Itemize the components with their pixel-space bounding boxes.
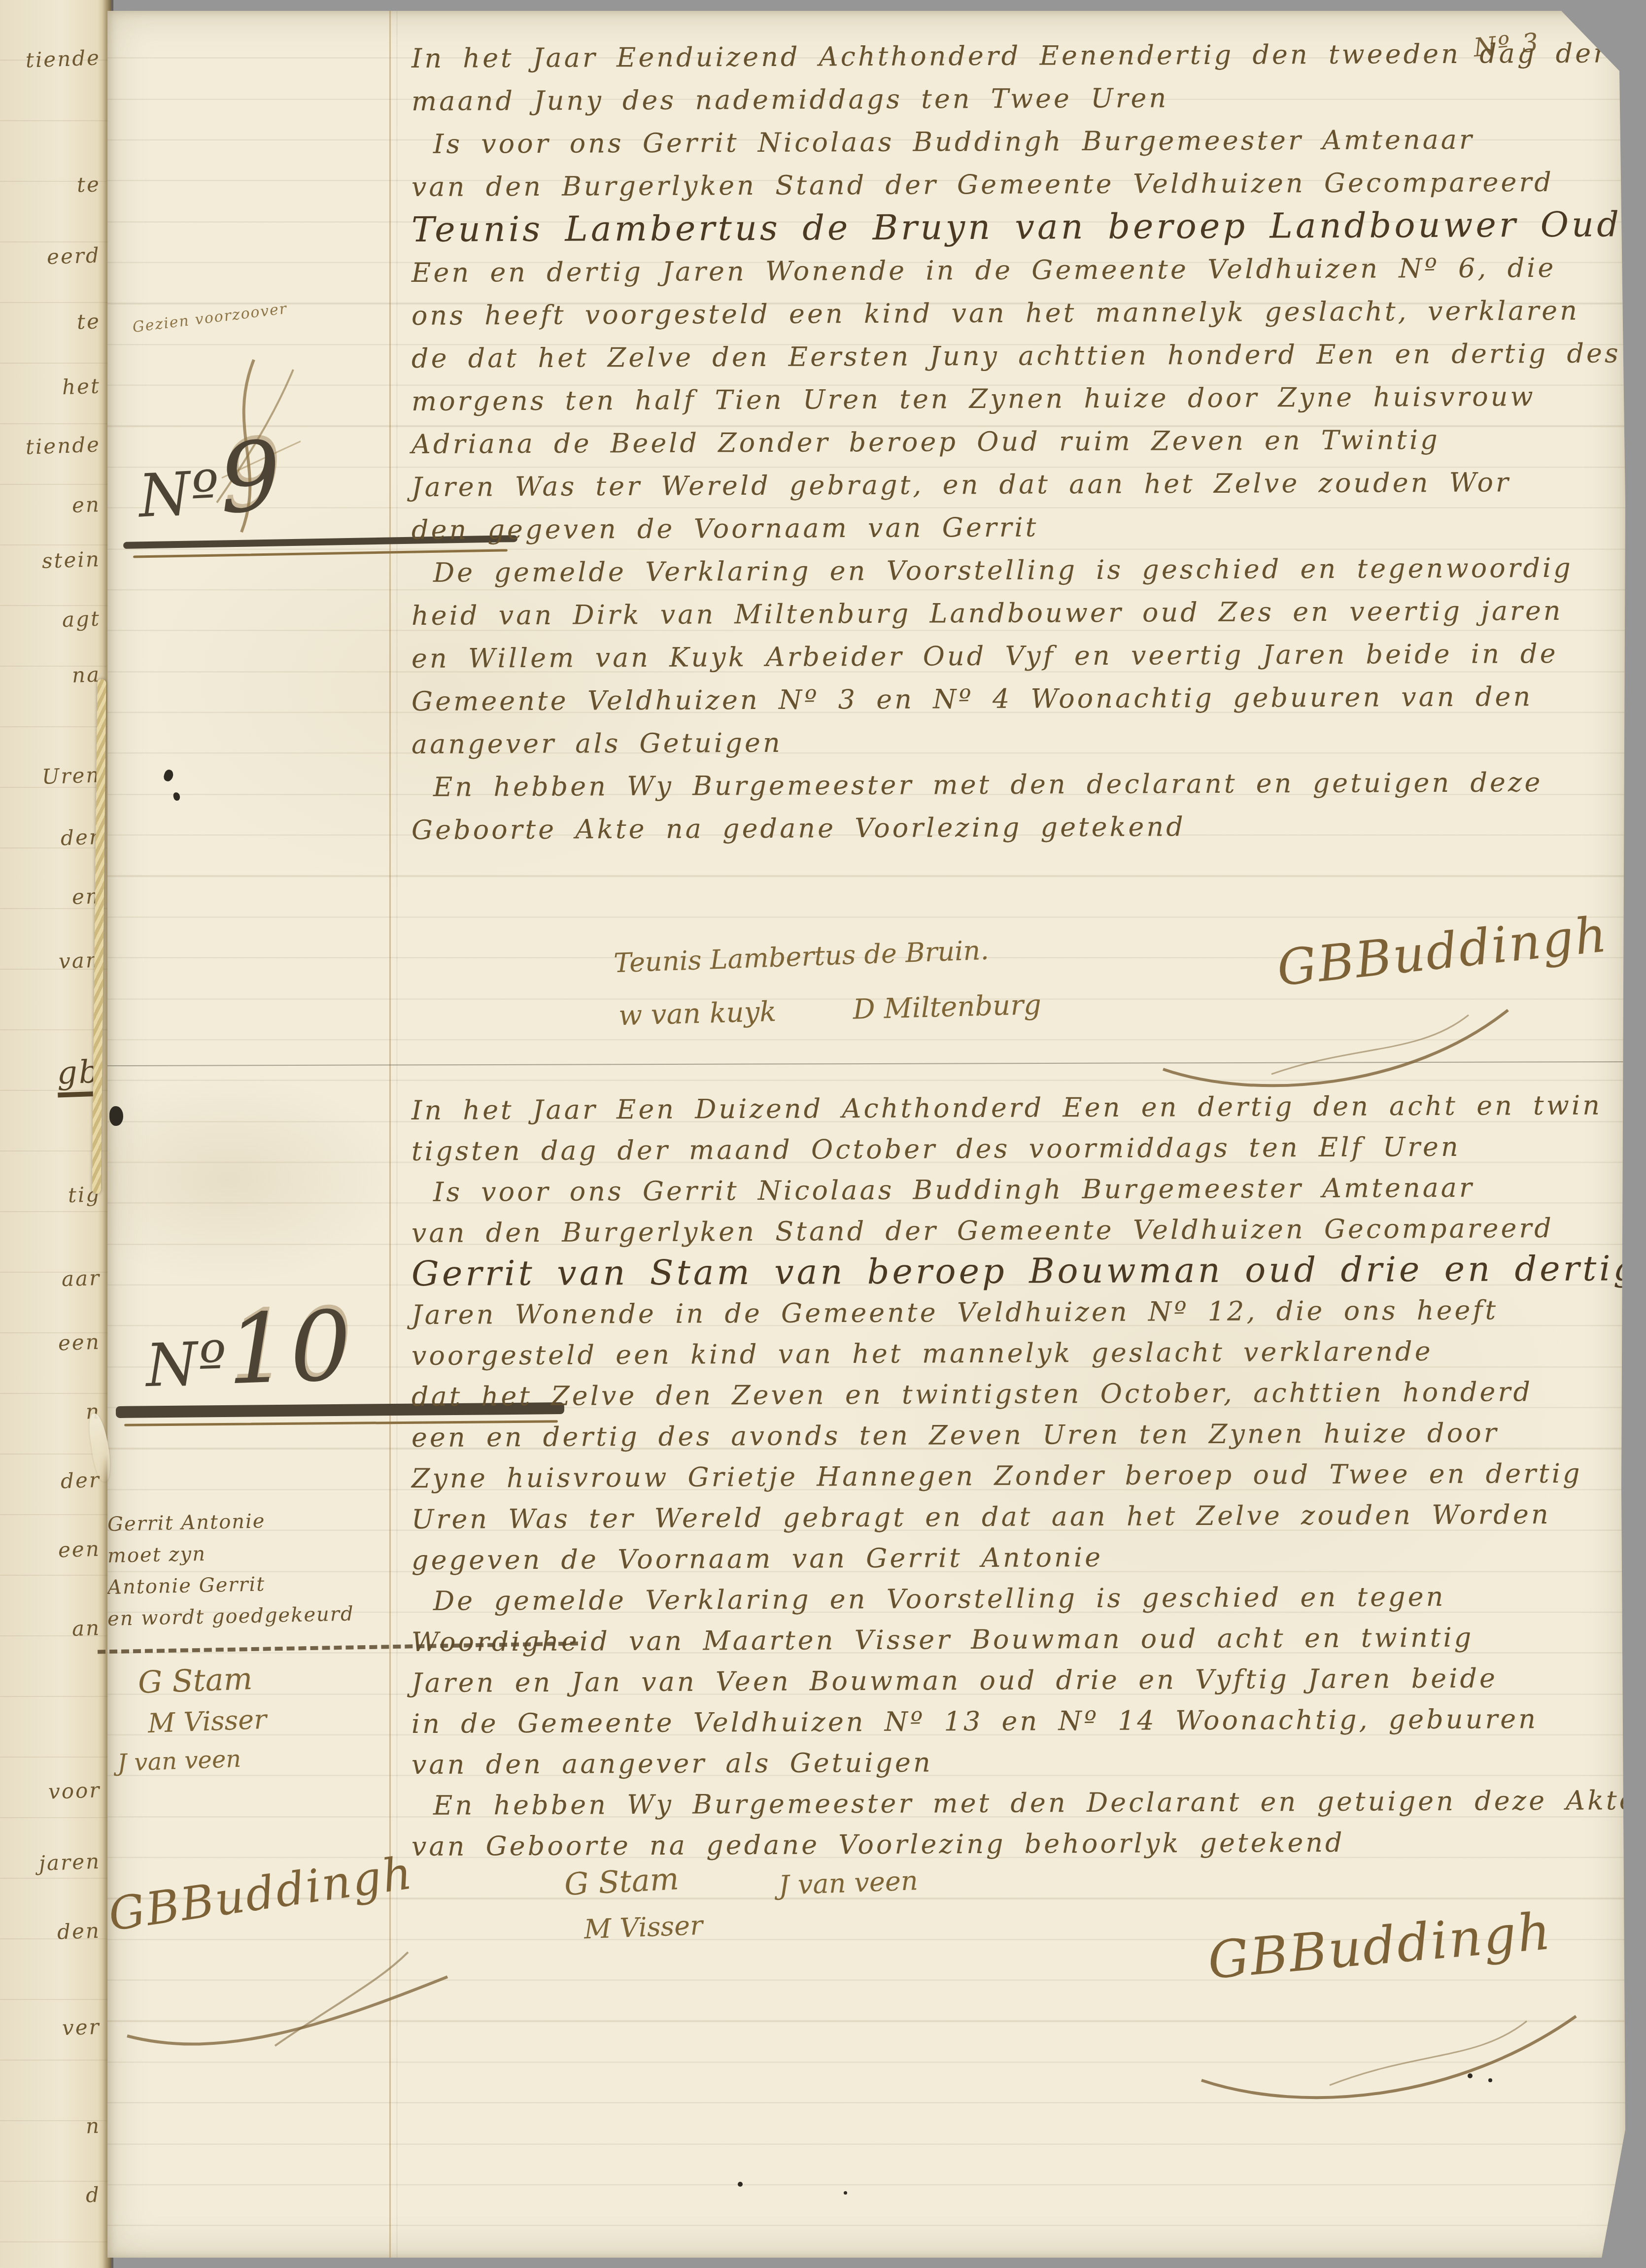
act10-line: gegeven de Voornaam van Gerrit Antonie xyxy=(411,1534,1639,1581)
ink-dot xyxy=(1468,2073,1473,2078)
act9-signature-witness2: D Miltenburg xyxy=(853,989,1042,1026)
correction-line: Gerrit Antonie xyxy=(107,1504,354,1540)
prev-page-fragment: der xyxy=(60,1468,101,1493)
act9-margin-note: Gezien voorzoover xyxy=(132,300,288,336)
prev-page-fragment: tiende xyxy=(25,45,101,72)
margin-divider-line xyxy=(389,11,397,2258)
act10-number: Nº10 xyxy=(143,1290,355,1409)
act10-correction-note: Gerrit Antonie moet zyn Antonie Gerrit e… xyxy=(107,1509,354,1635)
prev-page-fragment: na xyxy=(71,662,101,687)
prev-page-fragment: voor xyxy=(48,1778,101,1804)
act9-number: Nº9 xyxy=(135,420,285,539)
act10-line: van den Burgerlyken Stand der Gemeente V… xyxy=(411,1207,1639,1253)
act9-line: van den Burgerlyken Stand der Gemeente V… xyxy=(411,160,1622,208)
act9-line-declarant-name: Teunis Lambertus de Bruyn van beroep Lan… xyxy=(411,203,1622,251)
act9-line: de dat het Zelve den Eersten Juny achtti… xyxy=(411,332,1622,380)
act9-number-prefix: Nº xyxy=(137,458,222,531)
prev-page-fragment: ver xyxy=(62,2015,101,2040)
act9-text: In het Jaar Eenduizend Achthonderd Eenen… xyxy=(411,37,1622,851)
act9-line: En hebben Wy Burgemeester met den declar… xyxy=(411,760,1622,809)
act10-signature-vanveen: J van veen xyxy=(778,1865,919,1901)
act9-line: morgens ten half Tien Uren ten Zynen hui… xyxy=(411,374,1622,423)
registry-scan: tiende te eerd te het tiende en stein ag… xyxy=(0,0,1646,2268)
act10-number-digit: 10 xyxy=(225,1290,355,1406)
act9-line: De gemelde Verklaring en Voorstelling is… xyxy=(411,546,1622,594)
act9-line: Een en dertig Jaren Wonende in de Gemeen… xyxy=(411,246,1622,294)
prev-page-fragment: der xyxy=(60,825,101,850)
prev-page-fragment: n xyxy=(85,2113,101,2138)
prev-page-fragment: en xyxy=(71,492,101,517)
ink-blot xyxy=(162,769,174,783)
act9-officer-signature: GBBuddingh xyxy=(1274,905,1611,997)
act10-line: In het Jaar Een Duizend Achthonderd Een … xyxy=(411,1084,1639,1131)
ink-blot xyxy=(109,1106,123,1126)
act10-line: van Geboorte na gedane Voorlezing behoor… xyxy=(411,1821,1639,1867)
prev-page-fragment: Uren xyxy=(41,763,101,789)
act9-line: heid van Dirk van Miltenburg Landbouwer … xyxy=(411,589,1622,637)
ink-speck xyxy=(738,2182,743,2187)
act10-signature-visser: M Visser xyxy=(583,1910,703,1945)
prev-page-fragment: tiende xyxy=(25,432,101,459)
correction-signature-vanveen: J van veen xyxy=(117,1745,241,1777)
prev-page-fragment: den xyxy=(57,1918,101,1944)
act10-line: voorgesteld een kind van het mannelyk ge… xyxy=(411,1330,1639,1376)
act10-signature-flourish xyxy=(1182,1997,1596,2115)
prev-page-fragment: an xyxy=(71,1616,101,1641)
prev-page-fragment: stein xyxy=(41,547,101,573)
act10-number-prefix: Nº xyxy=(145,1329,229,1401)
ink-blot xyxy=(172,792,181,802)
act10-line: De gemelde Verklaring en Voorstelling is… xyxy=(411,1575,1639,1622)
act9-line: Gemeente Veldhuizen Nº 3 en Nº 4 Woonach… xyxy=(411,675,1622,723)
act10-line: Zyne huisvrouw Grietje Hannegen Zonder b… xyxy=(411,1453,1639,1499)
act9-signature-witness1: w van kuyk xyxy=(618,996,777,1032)
act9-line: Jaren Was ter Wereld gebragt, en dat aan… xyxy=(411,460,1622,508)
prev-page-fragment: een xyxy=(58,1330,101,1355)
prev-page-fragment: het xyxy=(62,374,101,400)
act10-line: dat het Zelve den Zeven en twintigsten O… xyxy=(411,1371,1639,1417)
prev-page-fragment: eerd xyxy=(46,243,101,269)
ink-dot xyxy=(1488,2078,1492,2082)
act10-line-declarant-name: Gerrit van Stam van beroep Bouwman oud d… xyxy=(411,1248,1639,1294)
act9-line: maand Juny des nademiddags ten Twee Uren xyxy=(411,74,1622,123)
register-page: Nº 3 Gezien voorzoover Nº9 In het Jaar E… xyxy=(107,11,1625,2258)
act9-line: Is voor ons Gerrit Nicolaas Buddingh Bur… xyxy=(411,117,1622,166)
correction-line: en wordt goedgekeurd xyxy=(107,1598,354,1635)
prev-page-fragment: agt xyxy=(62,607,101,632)
act9-line: In het Jaar Eenduizend Achthonderd Eenen… xyxy=(411,32,1622,80)
correction-line: Antonie Gerrit xyxy=(107,1567,354,1603)
prev-page-fragment: jaren xyxy=(38,1849,101,1875)
act10-line: Jaren en Jan van Veen Bouwman oud drie e… xyxy=(411,1657,1639,1703)
act10-line: Uren Was ter Wereld gebragt en dat aan h… xyxy=(411,1493,1639,1540)
act10-line: Jaren Wonende in de Gemeente Veldhuizen … xyxy=(411,1289,1639,1335)
act9-line: Adriana de Beeld Zonder beroep Oud ruim … xyxy=(411,417,1622,466)
prev-page-fragment: aar xyxy=(61,1266,101,1291)
act10-line: in de Gemeente Veldhuizen Nº 13 en Nº 14… xyxy=(411,1698,1639,1744)
act10-margin-signature-flourish xyxy=(112,1947,457,2056)
prev-page-fragment: te xyxy=(76,172,101,197)
ink-speck xyxy=(844,2191,847,2195)
act10-line: van den aangever als Getuigen xyxy=(411,1739,1639,1785)
prev-page-fragment: een xyxy=(58,1537,101,1562)
act10-margin-officer-signature: GBBuddingh xyxy=(105,1846,416,1941)
act10-text: In het Jaar Een Duizend Achthonderd Een … xyxy=(411,1090,1638,1867)
act9-signature-declarant: Teunis Lambertus de Bruin. xyxy=(613,935,989,979)
act10-signature-stam: G Stam xyxy=(563,1861,680,1902)
correction-line: moet zyn xyxy=(107,1535,354,1572)
correction-signature-visser: M Visser xyxy=(147,1704,267,1739)
act10-line: Woordigheid van Maarten Visser Bouwman o… xyxy=(411,1616,1639,1662)
act10-line: tigsten dag der maand October des voormi… xyxy=(411,1125,1639,1172)
act9-signature-witnesses: w van kuyk D Miltenburg xyxy=(618,989,1041,1032)
act10-line: En hebben Wy Burgemeester met den Declar… xyxy=(411,1780,1639,1826)
act9-line: en Willem van Kuyk Arbeider Oud Vyf en v… xyxy=(411,632,1622,680)
act9-line: Geboorte Akte na gedane Voorlezing getek… xyxy=(411,803,1622,851)
correction-signature-stam: G Stam xyxy=(137,1660,253,1700)
act9-line: ons heeft voorgesteld een kind van het m… xyxy=(411,289,1622,337)
act10-line: een en dertig des avonds ten Zeven Uren … xyxy=(411,1412,1639,1458)
prev-page-fragment: te xyxy=(76,309,101,334)
act9-line: aangever als Getuigen xyxy=(411,717,1622,766)
prev-page-fragment: d xyxy=(85,2182,101,2207)
act10-officer-signature: GBBuddingh xyxy=(1205,1901,1554,1991)
act9-line: den gegeven de Voornaam van Gerrit xyxy=(411,503,1622,551)
act9-signature-flourish xyxy=(1143,995,1528,1099)
act10-line: Is voor ons Gerrit Nicolaas Buddingh Bur… xyxy=(411,1166,1639,1213)
act9-number-digit: 9 xyxy=(216,420,285,535)
